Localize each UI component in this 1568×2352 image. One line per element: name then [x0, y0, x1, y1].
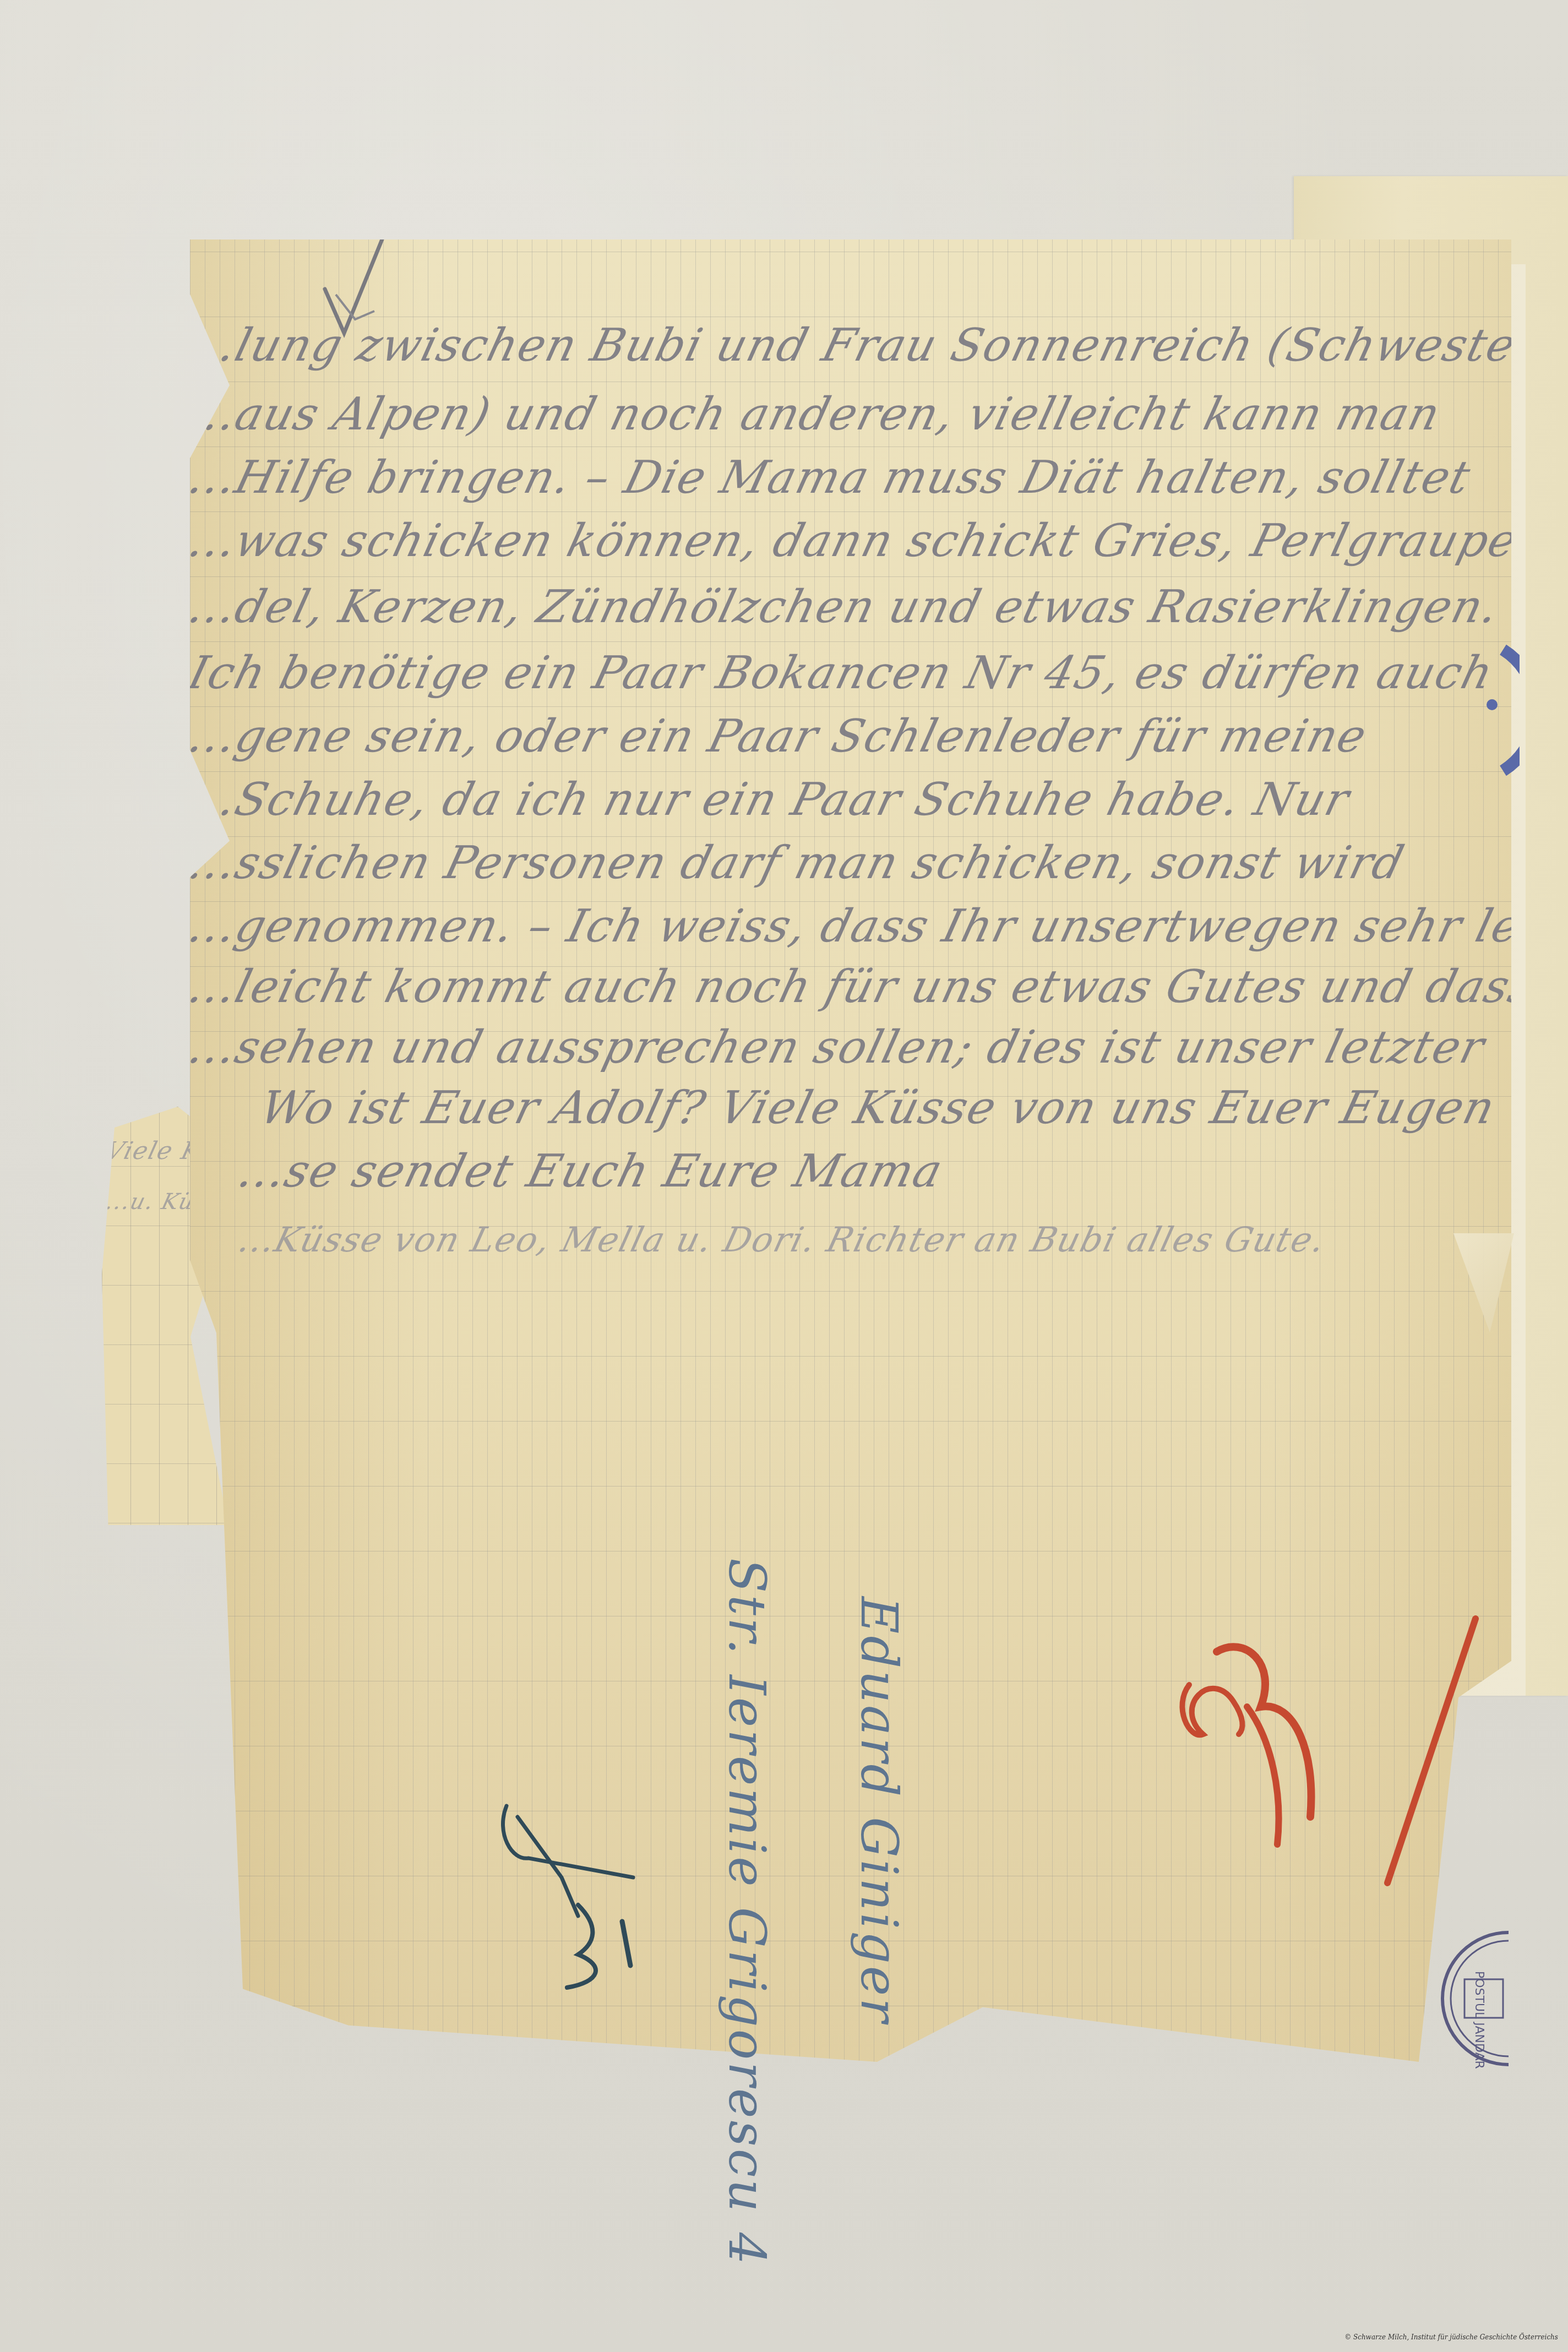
letter-line-postscript: ...Küsse von Leo, Mella u. Dori. Richter… — [235, 1219, 1330, 1260]
copyright-credit: © Schwarze Milch, Institut für jüdische … — [1344, 2333, 1558, 2341]
address-street: Str. Ieremie Grigorescu 4 — [717, 1558, 776, 2267]
letter-line: ...aus Alpen) und noch anderen, vielleic… — [183, 388, 1446, 440]
letter-line: Ich benötige ein Paar Bokancen Nr 45, es… — [183, 647, 1499, 699]
letter-line: ...gene sein, oder ein Paar Schlenleder … — [183, 710, 1373, 763]
letter-line: ...genommen. – Ich weiss, dass Ihr unser… — [183, 900, 1568, 952]
letter-line: ...lung zwischen Bubi und Frau Sonnenrei… — [183, 319, 1544, 372]
letter-line: ...Schuhe, da ich nur ein Paar Schuhe ha… — [183, 774, 1355, 826]
letter-line: ...del, Kerzen, Zündhölzchen und etwas R… — [183, 581, 1544, 633]
gendarmerie-post-stamp: POSTUL JANDARMI L.P. — [1409, 1927, 1509, 2070]
partial-blue-stamp — [1481, 639, 1520, 782]
letter-line: ...was schicken können, dann schickt Gri… — [183, 515, 1568, 567]
address-name: Eduard Giniger — [850, 1597, 908, 2024]
letter-line: ...leicht kommt auch noch für uns etwas … — [183, 961, 1568, 1013]
letter-line: ...se sendet Euch Eure Mama — [233, 1145, 948, 1197]
stamp-text: POSTUL JANDARMI L.P. — [1472, 1971, 1486, 2070]
ink-signature — [496, 1800, 672, 2032]
letter-line: ...sehen und aussprechen sollen; dies is… — [183, 1021, 1490, 1074]
red-crayon-mark — [1151, 1586, 1492, 1894]
letter-line: ...sslichen Personen darf man schicken, … — [183, 837, 1410, 889]
letter-line: ...Hilfe bringen. – Die Mama muss Diät h… — [183, 451, 1476, 504]
letter-line: Wo ist Euer Adolf? Viele Küsse von uns E… — [255, 1082, 1501, 1134]
